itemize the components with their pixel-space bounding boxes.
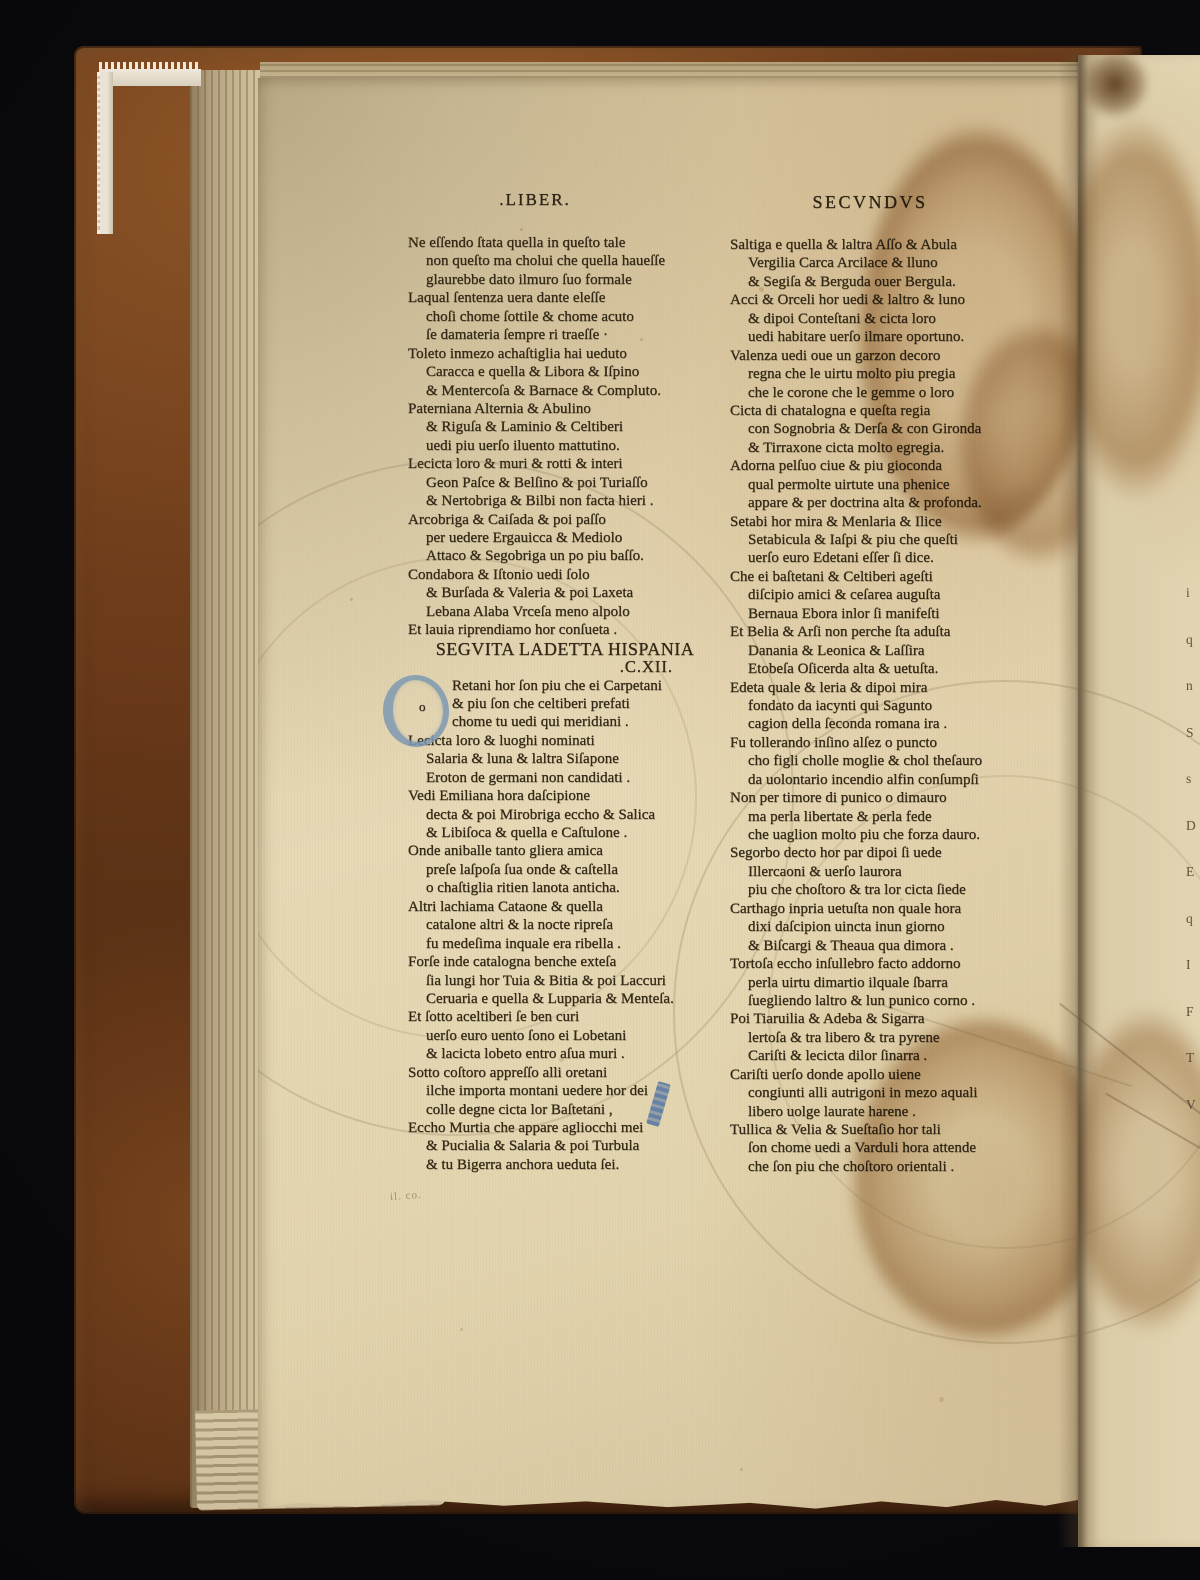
text-fragment: V <box>1186 1082 1199 1129</box>
text-column-right: Saltiga e quella & laltra Aſſo & AbulaVe… <box>730 236 1015 1176</box>
verse-line: fu medeſima inquale era ribella . <box>408 935 708 953</box>
verse-line: Valenza uedi oue un garzon decoro <box>730 347 1015 365</box>
verse-line: chome tu uedi qui meridiani . <box>408 713 708 731</box>
verse-line: Lecicta loro & muri & rotti & interi <box>408 455 708 473</box>
verse-line: Lecicta loro & luoghi nominati <box>408 732 708 750</box>
verse-line: Etobeſa Oſicerda alta & uetuſta. <box>730 660 1015 678</box>
verse-line: Illercaoni & uerſo laurora <box>730 863 1015 881</box>
verse-line: Paterniana Alternia & Abulino <box>408 400 708 418</box>
verse-line: Caracca e quella & Libora & Iſpino <box>408 363 708 381</box>
verse-line: & Segiſa & Berguda ouer Bergula. <box>730 273 1015 291</box>
verse-line: Et ſotto aceltiberi ſe ben curi <box>408 1008 708 1026</box>
verse-line: che ſon piu che choſtoro orientali . <box>730 1158 1015 1176</box>
verse-line: Vergilia Carca Arcilace & lluno <box>730 254 1015 272</box>
tissue-guard-side <box>97 72 113 234</box>
verse-line: Saltiga e quella & laltra Aſſo & Abula <box>730 236 1015 254</box>
verse-line: uedi habitare uerſo ilmare oportuno. <box>730 328 1015 346</box>
verse-line: Segorbo decto hor par dipoi ſi uede <box>730 844 1015 862</box>
verse-line: Salaria & luna & laltra Siſapone <box>408 750 708 768</box>
text-fragment: n <box>1186 663 1199 710</box>
verse-line: lertoſa & tra libero & tra pyrene <box>730 1029 1015 1047</box>
verse-line: preſe laſpoſa ſua onde & caſtella <box>408 861 708 879</box>
verse-line: Bernaua Ebora inlor ſi manifeſti <box>730 605 1015 623</box>
verse-line: Acci & Orceli hor uedi & laltro & luno <box>730 291 1015 309</box>
verse-line: che uaglion molto piu che forza dauro. <box>730 826 1015 844</box>
verse-line: & Riguſa & Laminio & Celtiberi <box>408 418 708 436</box>
verse-line: cagion della ſeconda romana ira . <box>730 715 1015 733</box>
verse-line: Cicta di chatalogna e queſta regia <box>730 402 1015 420</box>
verse-line: & Nertobriga & Bilbi non facta hieri . <box>408 492 708 510</box>
verse-line: & lacicta lobeto entro aſua muri . <box>408 1045 708 1063</box>
text-fragment: T <box>1186 1035 1199 1082</box>
verse-line: uedi piu uerſo iluento mattutino. <box>408 437 708 455</box>
text-fragment: D <box>1186 803 1199 850</box>
running-title-secundus: SECVNDVS <box>790 192 950 213</box>
verse-line: Lebana Alaba Vrceſa meno alpolo <box>408 603 708 621</box>
page-verso: .LIBER. SECVNDVS o Ne eſſendo ſtata quel… <box>258 78 1078 1510</box>
verse-line: che le corone che le gemme o loro <box>730 384 1015 402</box>
verse-line: uerſo euro Edetani eſſer ſi dice. <box>730 549 1015 567</box>
verse-line: Danania & Leonica & Laſſira <box>730 642 1015 660</box>
verse-line: Arcobriga & Caiſada & poi paſſo <box>408 511 708 529</box>
verse-line: regna che le uirtu molto piu pregia <box>730 365 1015 383</box>
foxing-specks <box>520 228 523 231</box>
verse-line: o chaſtiglia ritien lanota anticha. <box>408 879 708 897</box>
verse-line: Tullica & Velia & Sueſtaſio hor tali <box>730 1121 1015 1139</box>
verse-line: Tortoſa eccho inſullebro facto addorno <box>730 955 1015 973</box>
text-fragment: S <box>1186 710 1199 757</box>
text-fragment: q <box>1186 896 1199 943</box>
verse-line: Ne eſſendo ſtata quella in queſto tale <box>408 234 708 252</box>
verse-line: Ceruaria e quella & Lupparia & Menteſa. <box>408 990 708 1008</box>
verse-line: ſe damateria ſempre ri traeſſe · <box>408 326 708 344</box>
verse-line: perla uirtu dimartio ilquale ſbarra <box>730 974 1015 992</box>
clipped-text-fragments: iqnSsDEqIFTV <box>1186 570 1199 1128</box>
verse-line: & Burſada & Valeria & poi Laxeta <box>408 584 708 602</box>
tissue-perforation <box>99 62 201 69</box>
verse-line: dixi daſcipion uincta inun giorno <box>730 918 1015 936</box>
verse-line: Eccho Murtia che appare agliocchi mei <box>408 1119 708 1137</box>
verse-line: non queſto ma cholui che quella haueſſe <box>408 252 708 270</box>
verse-line: ſia lungi hor Tuia & Bitia & poi Laccuri <box>408 972 708 990</box>
verse-line: Laqual ſentenza uera dante eleſſe <box>408 289 708 307</box>
verse-line: Et Belia & Arſi non perche ſta aduſta <box>730 623 1015 641</box>
verse-line: Poi Tiaruilia & Adeba & Sigarra <box>730 1010 1015 1028</box>
verse-line: Condabora & Iſtonio uedi ſolo <box>408 566 708 584</box>
verse-line: decta & poi Mirobriga eccho & Salica <box>408 806 708 824</box>
text-fragment: q <box>1186 617 1199 664</box>
verse-line: SEGVITA LADETTA HISPANIA <box>408 640 708 658</box>
text-column-left: o Ne eſſendo ſtata quella in queſto tale… <box>408 234 708 1174</box>
verse-line: & Pucialia & Salaria & poi Turbula <box>408 1137 708 1155</box>
verse-line: Carthago inpria uetuſta non quale hora <box>730 900 1015 918</box>
verse-line: con Sognobria & Derſa & con Gironda <box>730 420 1015 438</box>
verse-line: Cariſti uerſo donde apollo uiene <box>730 1066 1015 1084</box>
verse-line: & Mentercoſa & Barnace & Compluto. <box>408 382 708 400</box>
verse-line: Attaco & Segobriga un po piu baſſo. <box>408 547 708 565</box>
verse-line: Setabi hor mira & Menlaria & Ilice <box>730 513 1015 531</box>
initial-guide-letter: o <box>419 699 426 715</box>
verse-line: catalone altri & la nocte ripreſa <box>408 916 708 934</box>
verse-line: piu che choſtoro & tra lor cicta ſiede <box>730 881 1015 899</box>
running-title-liber: .LIBER. <box>460 190 610 210</box>
verse-line: & Libiſoca & quella e Caſtulone . <box>408 824 708 842</box>
text-fragment: E <box>1186 849 1199 896</box>
book-scan: .LIBER. SECVNDVS o Ne eſſendo ſtata quel… <box>0 0 1200 1580</box>
verse-line: diſcipio amici & ceſarea auguſta <box>730 586 1015 604</box>
text-fragment: I <box>1186 942 1199 989</box>
verse-line: Onde aniballe tanto gliera amica <box>408 842 708 860</box>
verse-line: Retani hor ſon piu che ei Carpetani <box>408 677 708 695</box>
verse-line: Et lauia riprendiamo hor conſueta . <box>408 621 708 639</box>
pencil-annotation: il. co. <box>390 1189 423 1203</box>
verse-line: .C.XII. <box>408 658 708 676</box>
verse-line: Adorna pelſuo ciue & piu gioconda <box>730 457 1015 475</box>
water-stain-top <box>1078 113 1200 503</box>
verse-line: Altri lachiama Cataone & quella <box>408 898 708 916</box>
verse-line: ſuegliendo laltro & lun punico corno . <box>730 992 1015 1010</box>
verse-line: Vedi Emiliana hora daſcipione <box>408 787 708 805</box>
verse-line: libero uolge laurate harene . <box>730 1103 1015 1121</box>
dark-stain-top <box>1080 55 1150 119</box>
text-fragment: s <box>1186 756 1199 803</box>
verse-line: Forſe inde catalogna benche exteſa <box>408 953 708 971</box>
verse-line: ma perla libertate & perla fede <box>730 808 1015 826</box>
verse-line: & Biſcargi & Theaua qua dimora . <box>730 937 1015 955</box>
verse-line: Non per timore di punico o dimauro <box>730 789 1015 807</box>
verse-line: Toleto inmezo achaſtiglia hai ueduto <box>408 345 708 363</box>
verse-line: choſi chome ſottile & chome acuto <box>408 308 708 326</box>
tissue-strip <box>99 69 201 86</box>
text-fragment: i <box>1186 570 1199 617</box>
verse-line: & Tirraxone cicta molto egregia. <box>730 439 1015 457</box>
verse-line: Che ei baſtetani & Celtiberi ageſti <box>730 568 1015 586</box>
verse-line: da uolontario incendio alfin conſumpſi <box>730 771 1015 789</box>
verse-line: per uedere Ergauicca & Mediolo <box>408 529 708 547</box>
verse-line: Fu tollerando inſino alſez o puncto <box>730 734 1015 752</box>
facing-page-edge: iqnSsDEqIFTV <box>1078 55 1200 1547</box>
water-stain-bottom <box>1078 1005 1200 1335</box>
verse-line: Geon Paſce & Belſino & poi Turiaſſo <box>408 474 708 492</box>
tissue-guard-serrated-edge <box>99 62 201 86</box>
verse-line: fondato da iacynti qui Sagunto <box>730 697 1015 715</box>
verse-line: & piu ſon che celtiberi prefati <box>408 695 708 713</box>
verse-line: qual permolte uirtute una phenice <box>730 476 1015 494</box>
verse-line: Eroton de germani non candidati . <box>408 769 708 787</box>
verse-line: appare & per doctrina alta & profonda. <box>730 494 1015 512</box>
verse-line: Cariſti & lecicta dilor ſinarra . <box>730 1047 1015 1065</box>
verse-line: cho figli cholle moglie & chol theſauro <box>730 752 1015 770</box>
text-fragment: F <box>1186 989 1199 1036</box>
verse-line: Edeta quale & leria & dipoi mira <box>730 679 1015 697</box>
verse-line: ſon chome uedi a Varduli hora attende <box>730 1139 1015 1157</box>
page-stack-left-edge <box>190 70 264 1508</box>
verse-line: glaurebbe dato ilmuro ſuo formale <box>408 271 708 289</box>
verse-line: uerſo euro uento ſono ei Lobetani <box>408 1027 708 1045</box>
verse-line: & tu Bigerra anchora ueduta ſei. <box>408 1156 708 1174</box>
verse-line: & dipoi Conteſtani & cicta loro <box>730 310 1015 328</box>
verse-line: Setabicula & Iaſpi & piu che queſti <box>730 531 1015 549</box>
verse-line: congiunti alli autrigoni in mezo aquali <box>730 1084 1015 1102</box>
verse-line: Sotto coſtoro appreſſo alli oretani <box>408 1064 708 1082</box>
